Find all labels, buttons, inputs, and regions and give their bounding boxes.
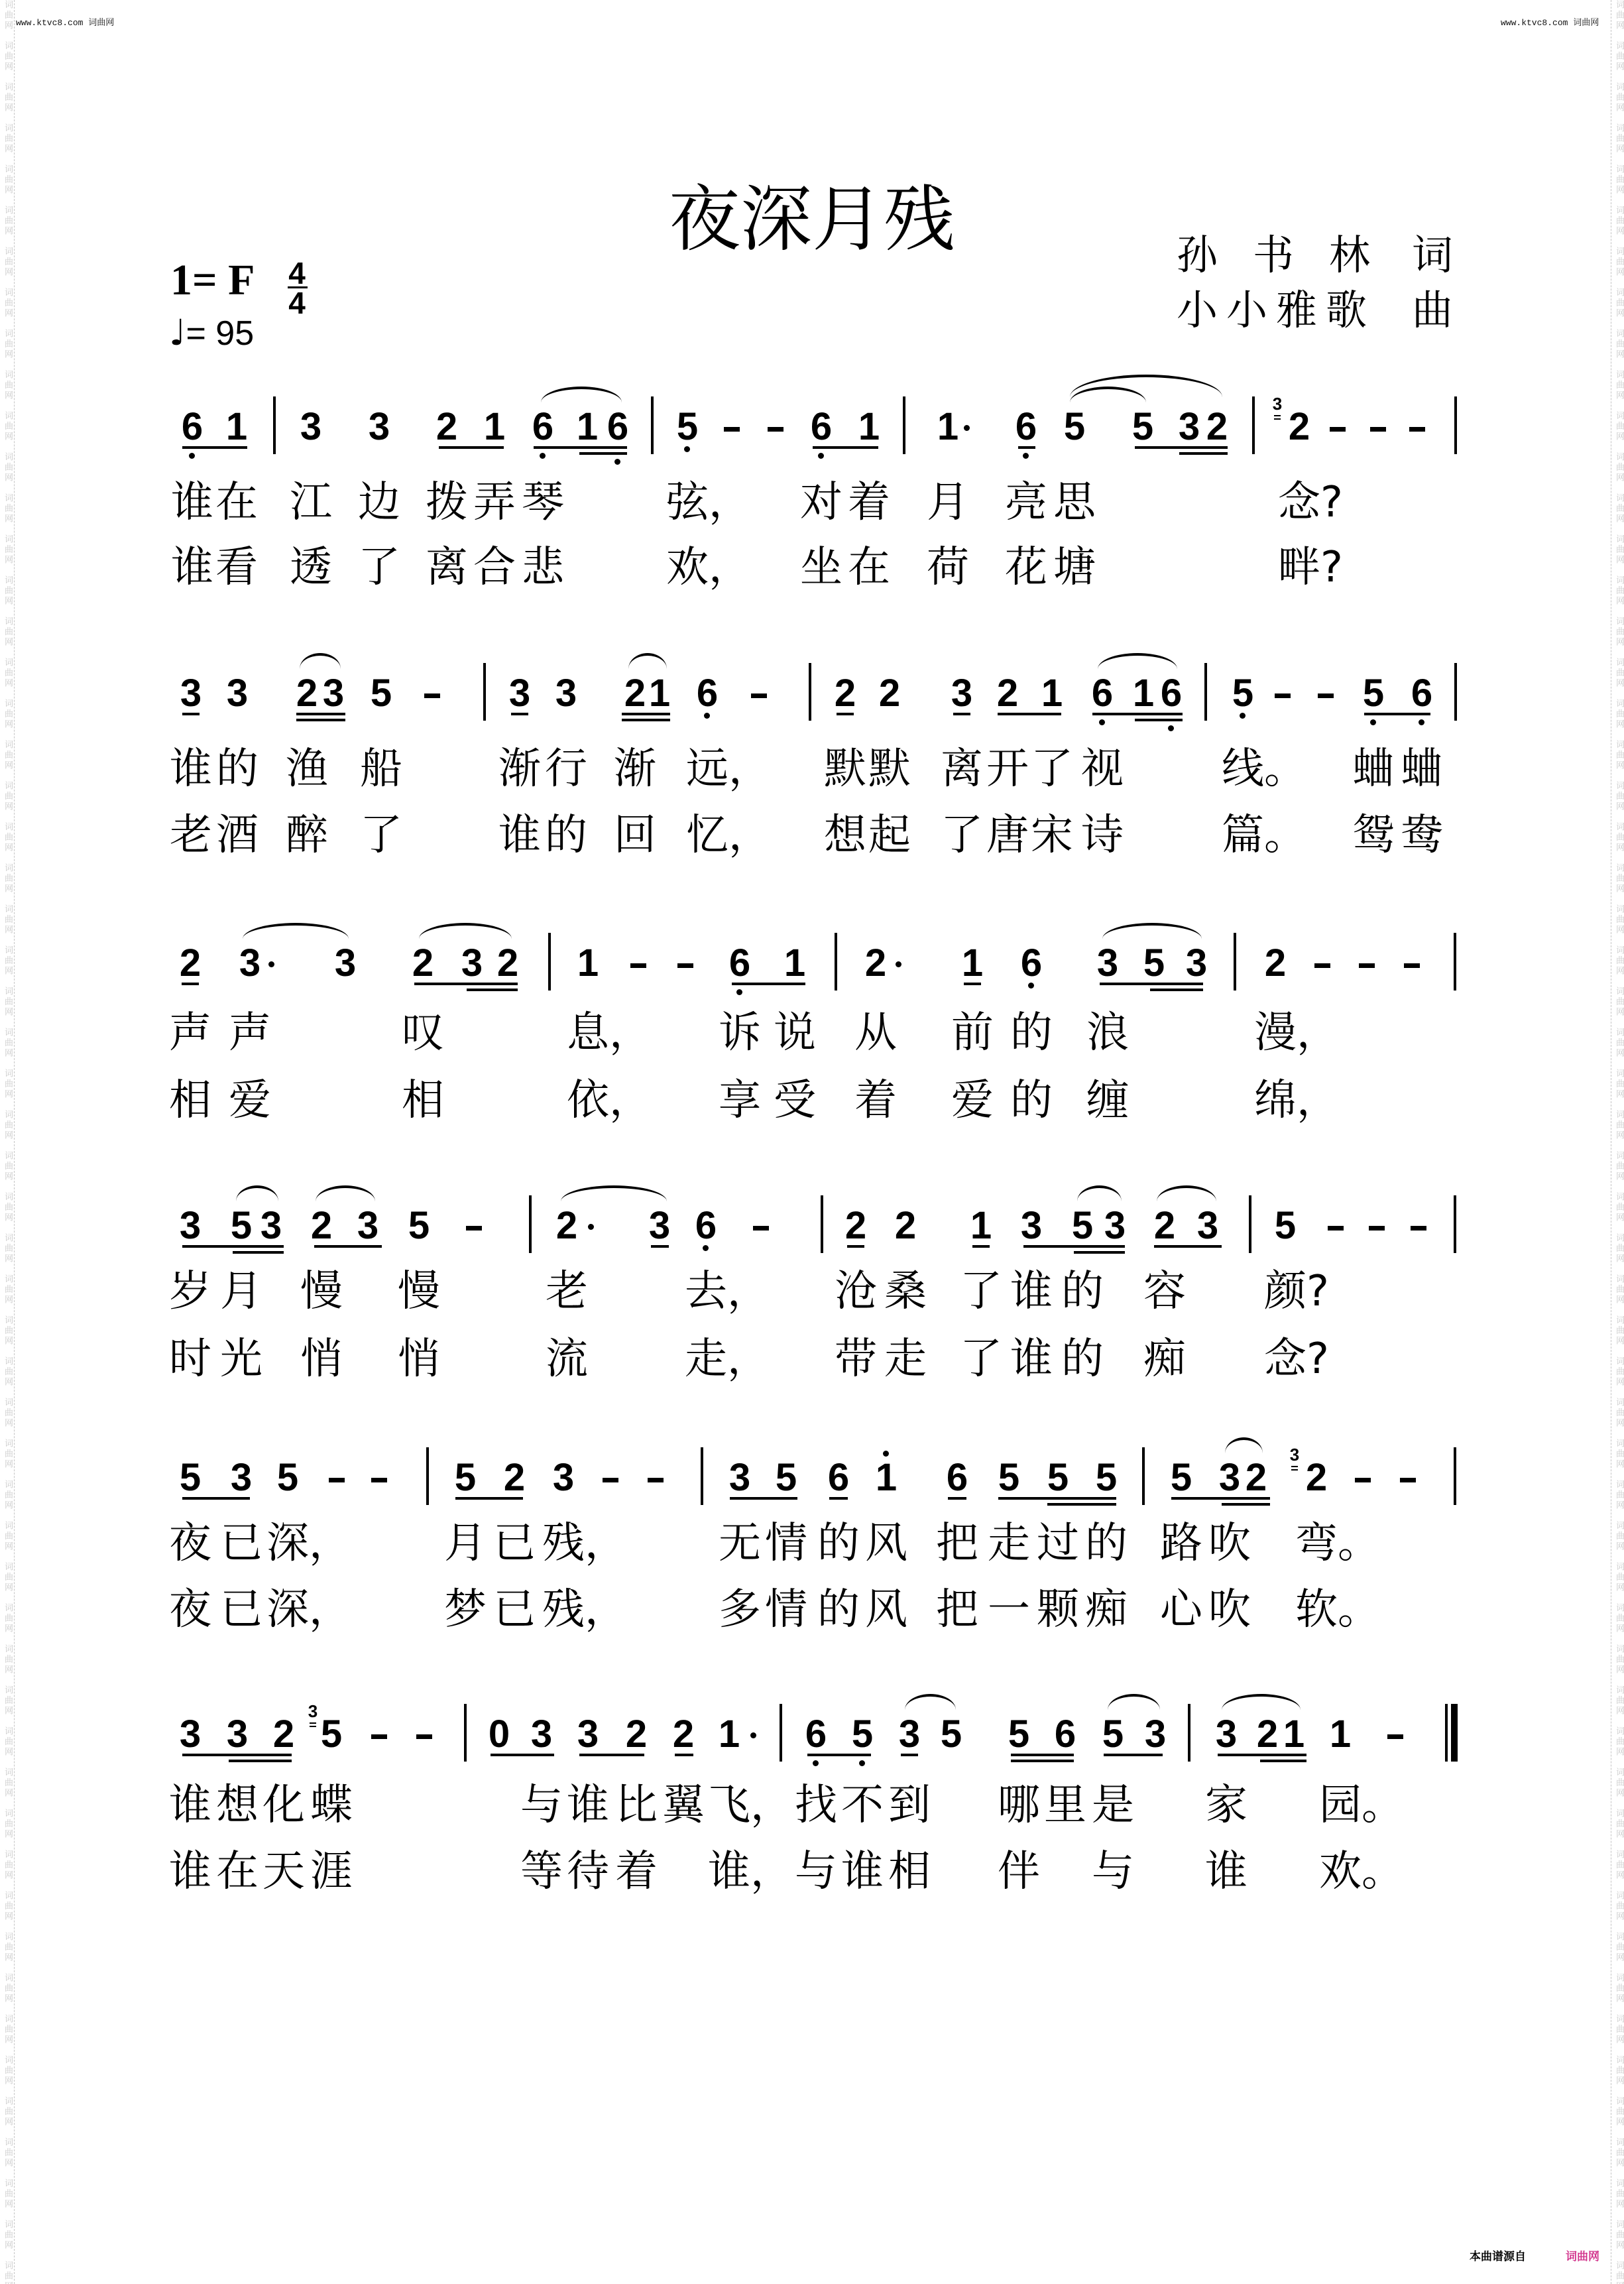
staff-system-3: 2声相 3声爱 3 2叹相 3 2 1息，依， - - 6诉享 1说受 2从着 … — [0, 949, 1624, 1148]
barline — [483, 663, 486, 721]
lyric-verse-1: 弄 — [473, 481, 516, 524]
extension-dash: - — [672, 944, 699, 983]
extension-dash: - — [419, 674, 445, 713]
note-digit: 3 — [1142, 1715, 1169, 1754]
note-digit: 1 — [574, 408, 601, 446]
note-digit: 2 — [410, 944, 436, 983]
note-digit: 3 — [1213, 1715, 1240, 1754]
lyric-verse-2: 光 — [220, 1338, 262, 1380]
lyric-verse-2: 走 — [884, 1338, 927, 1380]
lyric-verse-1: 到 — [888, 1784, 931, 1827]
note-digit: 2 — [1303, 1459, 1330, 1497]
beam-underline-double — [1011, 1760, 1074, 1762]
barline — [1234, 933, 1236, 991]
extension-dash: - — [461, 1207, 487, 1245]
lyric-verse-2: 回 — [614, 814, 656, 857]
footer-source-label: 本曲谱源自 — [1470, 2250, 1526, 2263]
lyric-verse-2: 爱 — [229, 1079, 271, 1122]
note-digit: 5 — [452, 1459, 479, 1497]
staff-system-4: 3岁时 5月光 3 2慢悄 3 5慢悄 - 2老流 3 6去，走， - 2沧带 … — [0, 1212, 1624, 1411]
lyric-verse-1: 风 — [865, 1522, 907, 1565]
lyric-verse-1: 翼 — [662, 1784, 705, 1827]
lyric-verse-1: 远， — [686, 748, 771, 790]
lyric-verse-1: 化 — [262, 1784, 305, 1827]
note-digit: 2 — [1286, 408, 1312, 446]
barline — [903, 396, 905, 454]
note-digit: 3 — [298, 408, 324, 446]
note-digit: 2 — [1243, 1459, 1269, 1497]
lyric-verse-2: 夜 — [169, 1589, 211, 1631]
note-digit: 1 — [856, 408, 882, 446]
beam-underline-double — [1135, 719, 1183, 721]
lyric-verse-2: 悄 — [398, 1338, 440, 1380]
note-digit: 3 — [237, 944, 263, 983]
barline — [1454, 663, 1457, 721]
lyric-verse-1: 与 — [520, 1784, 563, 1827]
note-digit: 5 — [1045, 1459, 1071, 1497]
lyric-verse-1: 渐 — [614, 748, 656, 790]
lyric-verse-1: 哪 — [998, 1784, 1040, 1827]
barline — [273, 396, 276, 454]
composer-role: 曲 — [1412, 290, 1453, 331]
note-digit: 3 — [459, 944, 485, 983]
note-digit: 2 — [892, 1207, 919, 1245]
note-digit: 5 — [1100, 1715, 1126, 1754]
slur — [1098, 653, 1177, 669]
note-digit: 5 — [274, 1459, 301, 1497]
note-digit: 1 — [1039, 674, 1065, 713]
note-digit: 3 — [1018, 1207, 1045, 1245]
lyric-verse-2: 谁 — [1205, 1850, 1247, 1893]
extension-dash: - — [625, 944, 652, 983]
lyric-verse-2: 相 — [402, 1079, 444, 1122]
lyric-verse-1: 慢 — [300, 1270, 343, 1313]
lyric-verse-1: 走 — [988, 1522, 1030, 1565]
lyric-verse-2: 在 — [848, 546, 890, 589]
lyric-verse-2: 痴 — [1143, 1338, 1186, 1380]
extension-dash: - — [597, 1459, 624, 1497]
lyric-verse-1: 无 — [719, 1522, 761, 1565]
lyric-verse-1: 谁 — [567, 1784, 609, 1827]
note-digit: 6 — [694, 674, 721, 713]
lyric-verse-2: 享 — [719, 1079, 761, 1122]
note-digit: 3 — [1216, 1459, 1243, 1497]
augmentation-dot — [964, 425, 970, 431]
extension-dash: - — [1269, 674, 1296, 713]
lyric-verse-2: 天 — [262, 1850, 305, 1893]
lyric-verse-1: 月 — [444, 1522, 487, 1565]
extension-dash: - — [1404, 408, 1430, 446]
extension-dash: - — [1309, 944, 1336, 983]
lyric-verse-1: 飞， — [708, 1784, 793, 1827]
lyric-verse-2: 了 — [360, 814, 402, 857]
lyric-verse-1: 老 — [546, 1270, 588, 1313]
extension-dash: - — [1354, 944, 1380, 983]
note-digit: 5 — [1069, 1207, 1096, 1245]
extension-dash: - — [1399, 944, 1425, 983]
lyric-verse-1: 念? — [1278, 481, 1343, 524]
barline — [701, 1447, 703, 1505]
note-digit: 5 — [318, 1715, 345, 1754]
lyric-verse-2: 的 — [1010, 1079, 1053, 1122]
extension-dash: - — [719, 408, 745, 446]
lyric-verse-1: 诉 — [719, 1012, 761, 1054]
note-digit: 6 — [803, 1715, 829, 1754]
lyric-verse-1: 线。 — [1222, 748, 1306, 790]
barline — [1188, 1704, 1190, 1762]
lyric-verse-1: 漫， — [1254, 1012, 1339, 1054]
note-digit: 1 — [1281, 1715, 1307, 1754]
note-digit: 3 — [553, 674, 579, 713]
lyric-verse-1: 想 — [216, 1784, 259, 1827]
lyric-verse-2: 吹 — [1208, 1589, 1251, 1631]
note-digit: 3 — [1176, 408, 1202, 446]
note-digit: 1 — [223, 408, 250, 446]
lyric-verse-2: 依， — [567, 1079, 652, 1122]
lyric-verse-1: 船 — [360, 748, 402, 790]
quarter-note-icon: ♩ — [169, 312, 186, 353]
composer-name: 小小雅歌 — [1177, 290, 1375, 331]
note-digit: 2 — [622, 674, 648, 713]
note-digit: 5 — [1141, 944, 1167, 983]
lyric-verse-2: 与 — [1092, 1850, 1134, 1893]
slur — [1225, 1437, 1263, 1453]
note-digit: 3 — [224, 674, 251, 713]
note-digit: 6 — [1409, 674, 1435, 713]
lyric-verse-1: 声 — [169, 1012, 211, 1054]
note-digit: 6 — [944, 1459, 970, 1497]
lyric-verse-1: 蛐 — [1401, 748, 1443, 790]
extension-dash: - — [1363, 1207, 1390, 1245]
final-barline-thick — [1451, 1704, 1458, 1762]
lyric-verse-1: 找 — [795, 1784, 837, 1827]
lyric-verse-1: 容 — [1143, 1270, 1186, 1313]
lyric-verse-2: 与 — [795, 1850, 837, 1893]
note-digit: 1 — [1130, 674, 1157, 713]
note-digit: 1 — [716, 1715, 742, 1754]
beam-underline-double — [1222, 1503, 1270, 1506]
note-digit: 6 — [179, 408, 205, 446]
note-digit: 5 — [938, 1715, 964, 1754]
tie — [243, 923, 349, 939]
note-digit: 3 — [1194, 1207, 1221, 1245]
note-digit: 3 — [258, 1207, 284, 1245]
lyric-verse-2: 涯 — [310, 1850, 353, 1893]
note-digit: 5 — [1061, 408, 1088, 446]
note-digit: 2 — [1254, 1715, 1281, 1754]
extension-dash: - — [366, 1459, 392, 1497]
barline — [529, 1195, 532, 1253]
slur — [1108, 1694, 1160, 1710]
lyric-verse-2: 悄 — [300, 1338, 343, 1380]
slur — [236, 1185, 278, 1201]
lyric-verse-2: 带 — [835, 1338, 877, 1380]
lyric-verse-2: 了 — [358, 546, 400, 589]
note-digit-high-octave: 1 — [873, 1459, 899, 1497]
note-digit: 2 — [434, 408, 460, 446]
note-digit: 2 — [994, 674, 1021, 713]
lyric-verse-1: 深， — [266, 1522, 351, 1565]
note-digit: 1 — [575, 944, 601, 983]
note-digit: 3 — [177, 1715, 203, 1754]
lyric-verse-2: 把 — [936, 1589, 978, 1631]
lyric-verse-2: 着 — [615, 1850, 658, 1893]
slur — [419, 923, 512, 939]
note-digit: 2 — [553, 1207, 580, 1245]
lyric-verse-2: 已 — [493, 1589, 536, 1631]
note-digit: 5 — [1006, 1715, 1032, 1754]
lyric-verse-1: 行 — [545, 748, 587, 790]
note-digit: 1 — [481, 408, 508, 446]
note-digit: 5 — [1093, 1459, 1120, 1497]
lyric-verse-2: 流 — [546, 1338, 588, 1380]
lyric-verse-1: 浪 — [1086, 1012, 1129, 1054]
note-digit: 2 — [623, 1715, 650, 1754]
barline — [809, 663, 811, 721]
lyric-verse-2: 心 — [1160, 1589, 1202, 1631]
lyric-verse-1: 说 — [774, 1012, 816, 1054]
note-digit: 3 — [575, 1715, 601, 1754]
lyric-verse-1: 比 — [615, 1784, 658, 1827]
lyric-verse-1: 默 — [824, 748, 866, 790]
lyric-verse-2: 谁 — [498, 814, 541, 857]
staff-system-1: 6谁谁 1在看 3江透 3边了 2拨离 1弄合 6琴悲 1 6 5弦，欢， - … — [0, 413, 1624, 612]
beam-underline-double — [467, 989, 518, 991]
slur — [1157, 1185, 1216, 1201]
beam-underline-double — [579, 452, 627, 455]
lyric-verse-1: 沧 — [835, 1270, 877, 1313]
barline — [780, 1704, 782, 1762]
note-digit: 5 — [996, 1459, 1022, 1497]
lyric-verse-2: 软。 — [1295, 1589, 1380, 1631]
extension-dash: - — [1350, 1459, 1376, 1497]
footer-source-site-link[interactable]: 词曲网 — [1566, 2250, 1599, 2263]
lyric-verse-1: 月 — [927, 481, 969, 524]
note-digit: 2 — [501, 1459, 528, 1497]
slur — [300, 653, 341, 669]
lyric-verse-1: 弯。 — [1295, 1522, 1380, 1565]
lyric-verse-1: 谁 — [171, 481, 213, 524]
lyric-verse-2: 唐 — [986, 814, 1029, 857]
lyric-verse-2: 看 — [215, 546, 258, 589]
lyric-verse-2: 谁， — [708, 1850, 793, 1893]
lyric-verse-1: 蝶 — [310, 1784, 353, 1827]
lyric-verse-1: 对 — [800, 481, 842, 524]
lyric-verse-1: 边 — [358, 481, 400, 524]
beam-underline-double — [233, 1251, 284, 1254]
beam-underline-double — [1179, 452, 1228, 455]
augmentation-dot — [268, 961, 274, 967]
slur — [628, 653, 667, 669]
note-digit: 6 — [1052, 1715, 1078, 1754]
lyric-verse-1: 家 — [1205, 1784, 1247, 1827]
lyric-verse-1: 桑 — [884, 1270, 927, 1313]
lyric-verse-2: 的 — [1061, 1338, 1104, 1380]
lyric-verse-1: 颜? — [1264, 1270, 1329, 1313]
lyric-verse-2: 老 — [170, 814, 212, 857]
barline — [1252, 396, 1255, 454]
lyric-verse-2: 待 — [567, 1850, 609, 1893]
lyric-verse-1: 路 — [1160, 1522, 1202, 1565]
barline — [1454, 396, 1457, 454]
note-digit: 5 — [177, 1459, 203, 1497]
lyric-verse-2: 时 — [169, 1338, 211, 1380]
note-digit: 2 — [832, 674, 858, 713]
note-digit: 6 — [530, 408, 556, 446]
lyric-verse-1: 叹 — [402, 1012, 444, 1054]
lyric-verse-2: 欢， — [666, 546, 751, 589]
augmentation-dot — [750, 1732, 756, 1738]
note-digit: 2 — [270, 1715, 297, 1754]
lyric-verse-2: 在 — [216, 1850, 259, 1893]
lyric-verse-2: 走， — [685, 1338, 770, 1380]
lyric-verse-1: 的 — [817, 1522, 860, 1565]
lyric-verse-1: 蛐 — [1352, 748, 1395, 790]
lyric-verse-2: 谁 — [169, 1850, 211, 1893]
lyric-verse-2: 了 — [941, 814, 983, 857]
barline — [1142, 1447, 1145, 1505]
lyric-verse-2: 相 — [169, 1079, 211, 1122]
note-digit: 5 — [406, 1207, 432, 1245]
lyric-verse-1: 江 — [290, 481, 332, 524]
lyric-verse-1: 视 — [1081, 748, 1124, 790]
lyric-verse-1: 岁 — [169, 1270, 211, 1313]
barline — [1204, 663, 1207, 721]
lyric-verse-1: 从 — [854, 1012, 897, 1054]
lyric-verse-2: 透 — [290, 546, 332, 589]
lyricist-role: 词 — [1412, 235, 1453, 276]
lyric-verse-1: 思 — [1053, 481, 1096, 524]
lyric-verse-1: 残， — [542, 1522, 627, 1565]
note-digit: 1 — [959, 944, 986, 983]
note-digit: 1 — [782, 944, 808, 983]
lyric-verse-1: 谁 — [170, 748, 212, 790]
lyric-verse-2: 悲 — [522, 546, 564, 589]
note-digit: 1 — [968, 1207, 994, 1245]
lyric-verse-2: 谁 — [1010, 1338, 1053, 1380]
note-digit: 3 — [1094, 944, 1121, 983]
extension-dash: - — [1324, 408, 1351, 446]
beam-underline-double — [1047, 1503, 1116, 1506]
lyric-verse-1: 前 — [951, 1012, 994, 1054]
header-site-left: www.ktvc8.com 词曲网 — [16, 18, 114, 29]
staff-system-5: 5夜夜 3已已 5深，深， - - 5月梦 2已已 3残，残， - - 3无多 … — [0, 1464, 1624, 1663]
beam-underline-double — [229, 1760, 292, 1762]
lyric-verse-2: 欢。 — [1319, 1850, 1404, 1893]
lyric-verse-2: 一 — [988, 1589, 1030, 1631]
lyric-verse-2: 的 — [817, 1589, 860, 1631]
grace-note: 3 — [1271, 395, 1283, 412]
note-digit: 1 — [1327, 1715, 1354, 1754]
lyric-verse-2: 醉 — [286, 814, 328, 857]
lyric-verse-1: 是 — [1092, 1784, 1134, 1827]
lyric-verse-1: 的 — [1010, 1012, 1053, 1054]
barline — [1454, 1195, 1456, 1253]
lyric-verse-2: 花 — [1005, 546, 1047, 589]
note-digit: 6 — [1158, 674, 1185, 713]
lyric-verse-1: 不 — [841, 1784, 884, 1827]
extension-dash: - — [642, 1459, 669, 1497]
lyric-verse-2: 多 — [719, 1589, 761, 1631]
barline — [835, 933, 837, 991]
barline — [426, 1447, 429, 1505]
final-barline-thin — [1445, 1704, 1448, 1762]
lyricist-name: 孙书林 — [1177, 235, 1405, 276]
note-digit: 2 — [177, 944, 203, 983]
extension-dash: - — [746, 674, 772, 713]
note-digit: 1 — [646, 674, 673, 713]
lyric-verse-2: 宋 — [1031, 814, 1073, 857]
lyric-verse-2: 颗 — [1037, 1589, 1079, 1631]
note-digit: 2 — [1151, 1207, 1178, 1245]
lyric-verse-1: 亮 — [1005, 481, 1047, 524]
augmentation-dot — [896, 961, 901, 967]
lyric-verse-2: 等 — [520, 1850, 563, 1893]
lyric-verse-1: 琴 — [522, 481, 564, 524]
note-digit: 6 — [1013, 408, 1039, 446]
lyric-verse-2: 着 — [854, 1079, 897, 1122]
note-digit: 3 — [366, 408, 392, 446]
lyric-verse-1: 的 — [1061, 1270, 1104, 1313]
note-digit: 3 — [1183, 944, 1210, 983]
lyric-verse-1: 的 — [216, 748, 259, 790]
note-digit: 2 — [1204, 408, 1230, 446]
staff-system-6: 3谁谁 3想在 2化天 3 5蝶涯 - - 0 3与等 3谁待 2比着 2翼 1… — [0, 1720, 1624, 1919]
note-digit: 2 — [876, 674, 903, 713]
slur — [541, 387, 622, 402]
lyric-verse-1: 的 — [1085, 1522, 1128, 1565]
extension-dash: - — [1365, 408, 1391, 446]
note-digit: 3 — [332, 944, 359, 983]
lyric-verse-1: 拨 — [426, 481, 468, 524]
slur — [561, 1185, 667, 1201]
barline — [548, 933, 551, 991]
barline — [1454, 1447, 1456, 1505]
lyric-verse-2: 畔? — [1278, 546, 1343, 589]
lyric-verse-1: 声 — [229, 1012, 271, 1054]
extension-dash: - — [1382, 1715, 1409, 1754]
beam-underline-double — [1074, 1251, 1125, 1254]
lyric-verse-2: 荷 — [927, 546, 969, 589]
lyric-verse-2: 谁 — [171, 546, 213, 589]
lyric-verse-1: 吹 — [1208, 1522, 1251, 1565]
lyric-verse-2: 忆， — [686, 814, 771, 857]
note-digit: 2 — [494, 944, 521, 983]
lyric-verse-1: 着 — [848, 481, 890, 524]
barline — [821, 1195, 823, 1253]
lyric-verse-1: 离 — [941, 748, 983, 790]
note-digit: 3 — [646, 1207, 673, 1245]
lyric-verse-1: 里 — [1044, 1784, 1086, 1827]
lyric-verse-1: 了 — [960, 1270, 1002, 1313]
lyric-verse-2: 鸯 — [1401, 814, 1443, 857]
lyric-verse-1: 去， — [685, 1270, 770, 1313]
lyric-verse-2: 离 — [426, 546, 468, 589]
note-digit: 5 — [1130, 408, 1156, 446]
lyric-verse-1: 在 — [215, 481, 258, 524]
note-digit: 6 — [825, 1459, 852, 1497]
score-page: 词曲网 词曲网 词曲网 词曲网 词曲网 词曲网 词曲网 词曲网 词曲网 词曲网 … — [0, 0, 1624, 2284]
lyric-verse-2: 相 — [888, 1850, 931, 1893]
lyric-verse-1: 慢 — [398, 1270, 440, 1313]
lyric-verse-1: 月 — [220, 1270, 262, 1313]
lyric-verse-2: 酒 — [216, 814, 259, 857]
extension-dash: - — [1395, 1459, 1421, 1497]
note-digit: 3 — [896, 1715, 923, 1754]
note-digit: 5 — [1230, 674, 1256, 713]
note-digit: 6 — [1018, 944, 1045, 983]
note-digit: 2 — [842, 1207, 869, 1245]
